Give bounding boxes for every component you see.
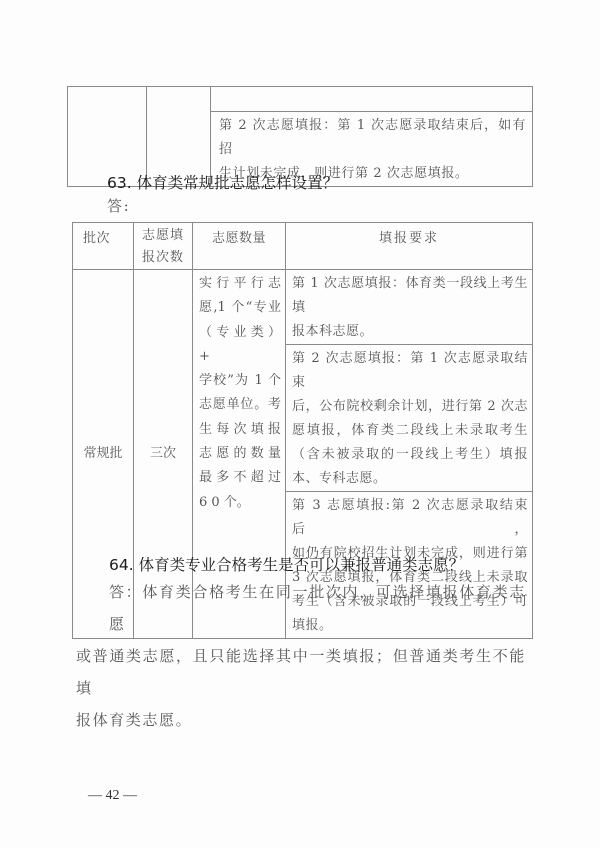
prev-table-empty-cell — [211, 87, 533, 112]
prev-row-line: 第 2 次志愿填报：第 1 次志愿录取结束后，如有招 — [219, 114, 526, 162]
header-batch: 批次 — [73, 223, 134, 270]
page-number: — 42 — — [88, 788, 137, 804]
header-times: 志愿填 报次数 — [134, 223, 193, 270]
header-requirements: 填报要求 — [286, 223, 533, 270]
answer-label-63: 答: — [107, 194, 130, 218]
answer-64: 答：体育类合格考生在同一批次内，可选择填报体育类志愿 或普通类志愿，且只能选择其… — [76, 576, 526, 736]
question-64: 64. 体育类专业合格考生是否可以兼报普通类志愿？ — [109, 553, 464, 575]
question-63: 63. 体育类常规批志愿怎样设置？ — [107, 171, 338, 193]
header-quantity: 志愿数量 — [193, 223, 286, 270]
requirement-row-2: 第 2 次志愿填报：第 1 次志愿录取结束 后，公布院校剩余计划，进行第 2 次… — [286, 345, 533, 492]
requirement-row-1: 第 1 次志愿填报：体育类一段线上考生填 报本科志愿。 — [286, 270, 533, 345]
